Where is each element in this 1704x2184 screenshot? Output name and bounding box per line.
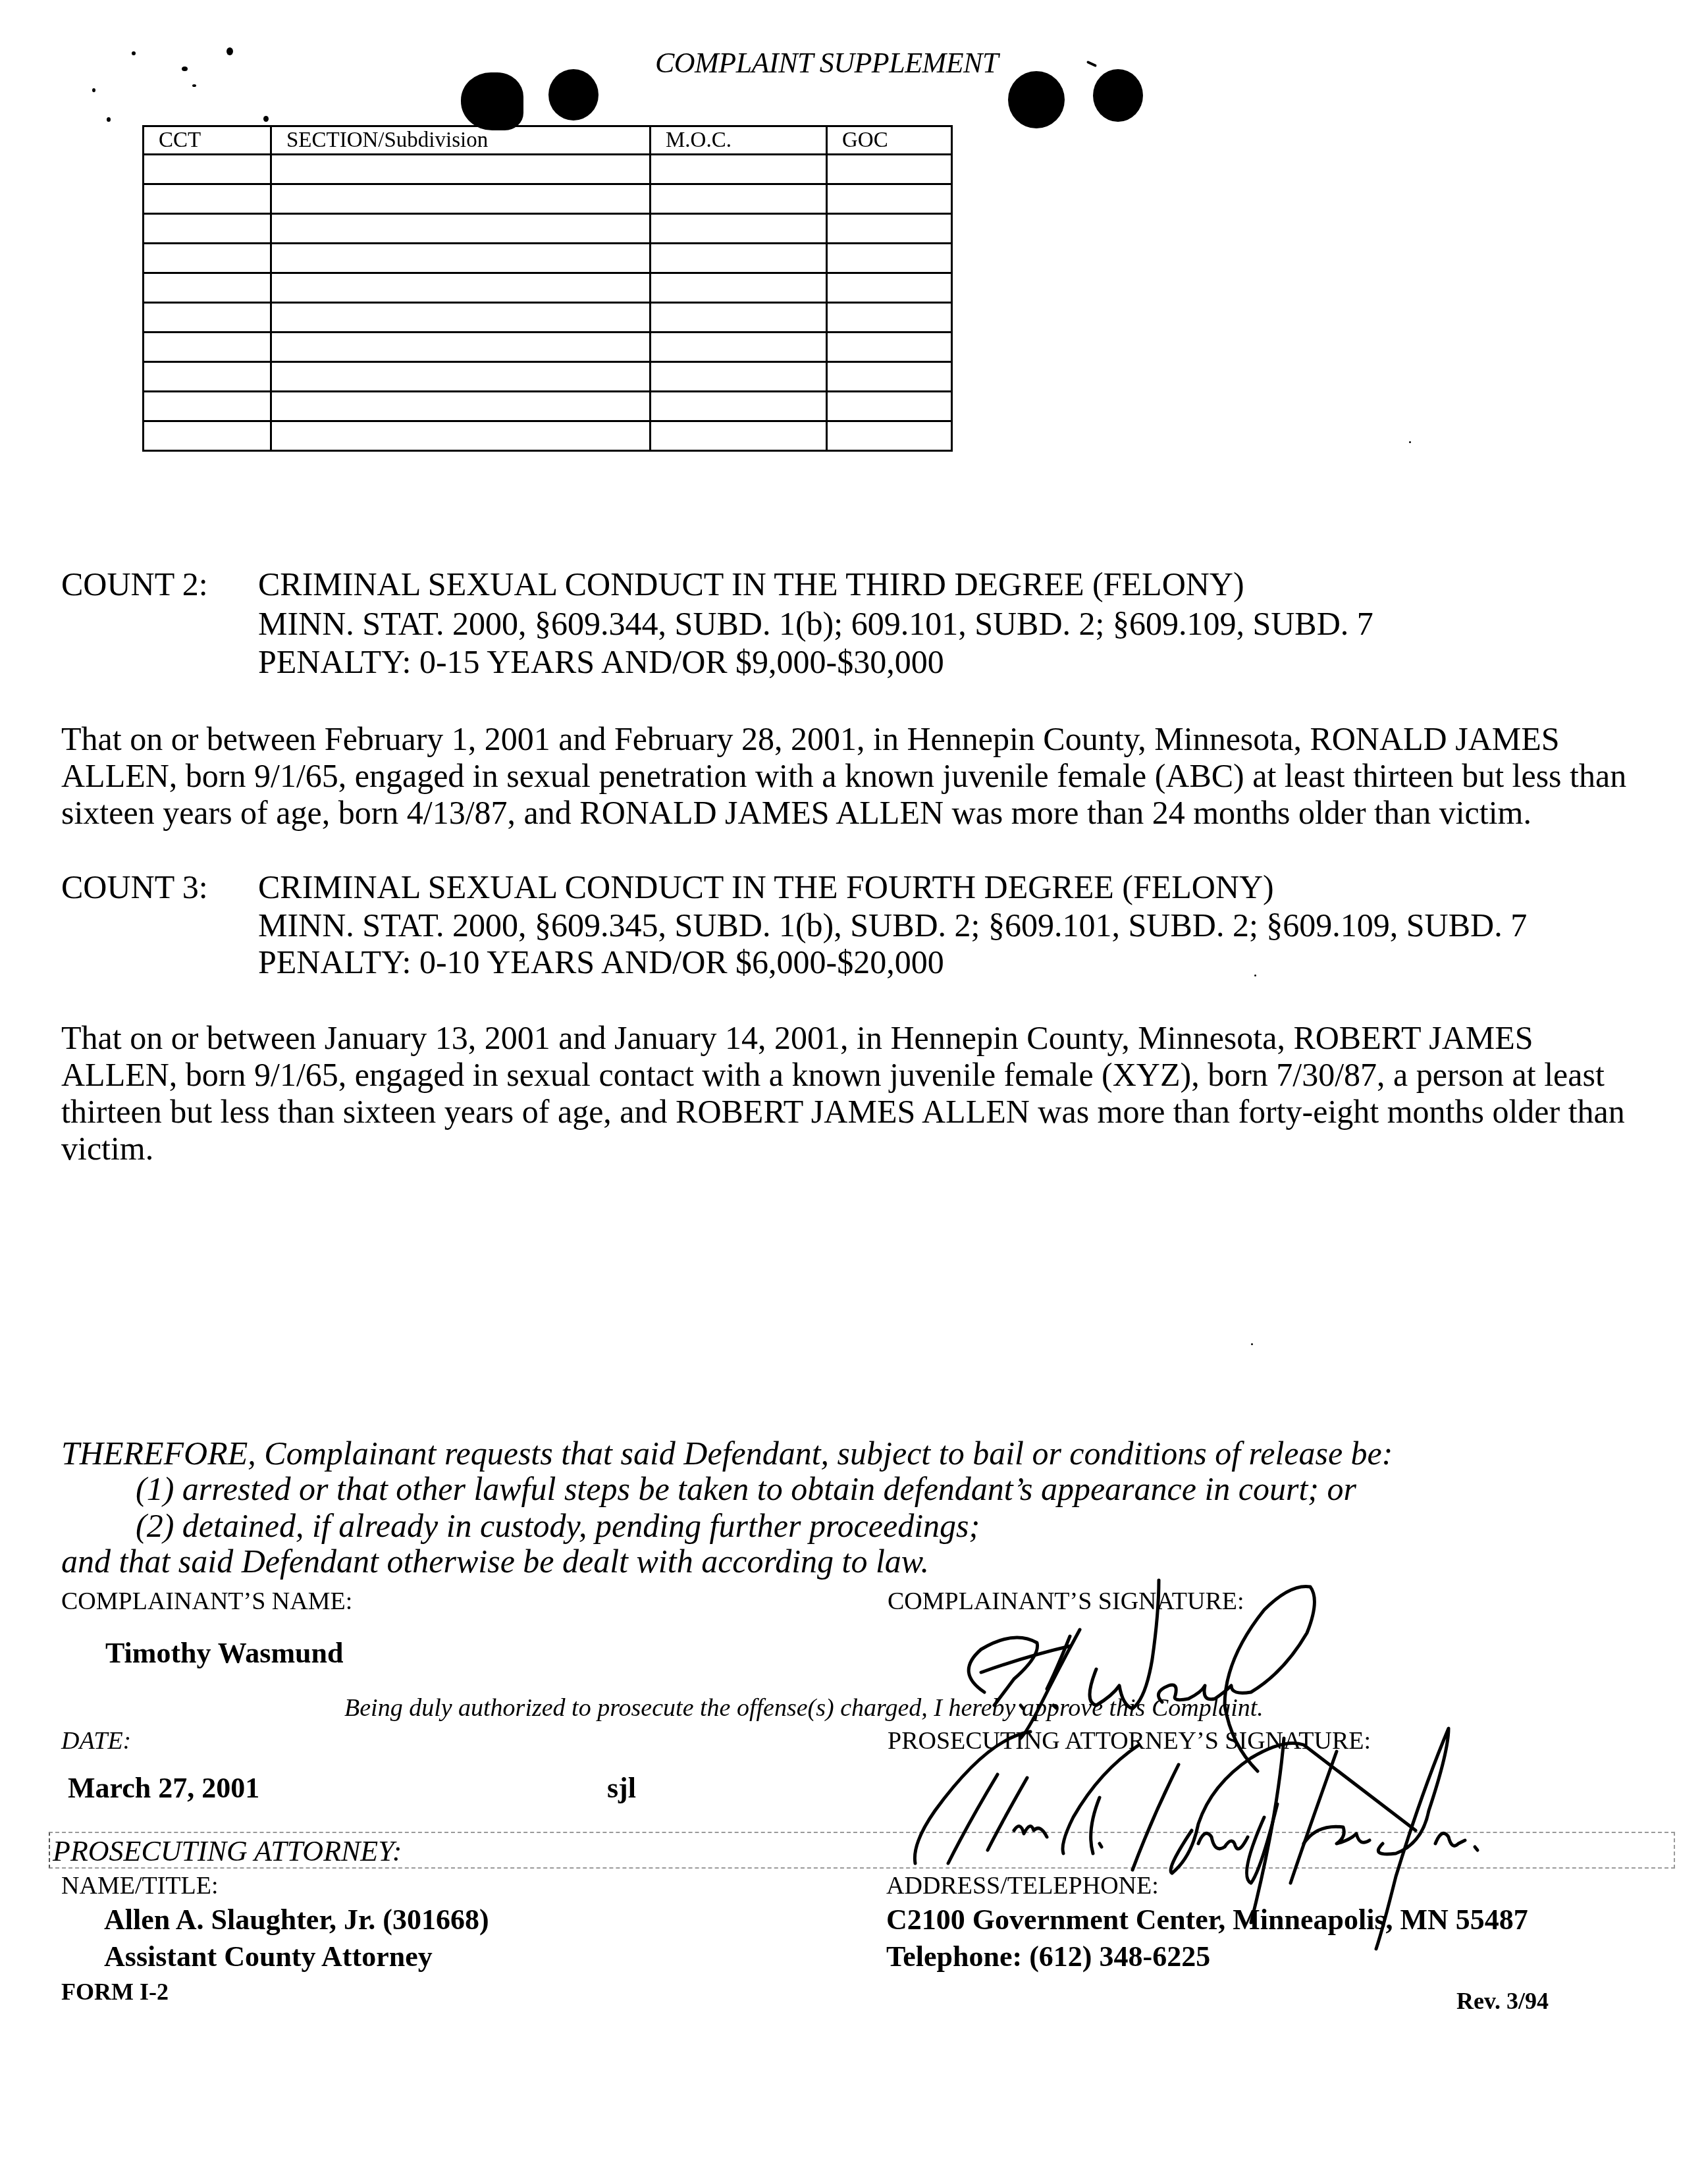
- column-header-goc: GOC: [827, 126, 952, 155]
- table-cell: [651, 333, 827, 362]
- table-cell: [271, 244, 651, 273]
- document-title: COMPLAINT SUPPLEMENT: [655, 46, 998, 80]
- complainant-name: Timothy Wasmund: [105, 1636, 344, 1670]
- scan-speck: [263, 116, 269, 122]
- table-row: [144, 244, 952, 273]
- count-3-statute: MINN. STAT. 2000, §609.345, SUBD. 1(b), …: [258, 906, 1527, 944]
- column-header-cct: CCT: [144, 126, 271, 155]
- charge-code-table: CCT SECTION/Subdivision M.O.C. GOC: [142, 125, 953, 452]
- table-cell: [271, 303, 651, 333]
- table-cell: [144, 333, 271, 362]
- prosecutor-telephone: Telephone: (612) 348-6225: [886, 1940, 1210, 1973]
- table-cell: [651, 155, 827, 184]
- table-cell: [827, 273, 952, 303]
- prosecuting-attorney-label: PROSECUTING ATTORNEY:: [53, 1834, 402, 1868]
- prosecutor-name: Allen A. Slaughter, Jr. (301668): [104, 1903, 489, 1936]
- punch-hole-mark: [548, 69, 599, 120]
- table-cell: [144, 273, 271, 303]
- table-cell: [271, 184, 651, 214]
- table-cell: [827, 155, 952, 184]
- scan-speck: [192, 84, 196, 87]
- table-cell: [271, 155, 651, 184]
- table-cell: [144, 244, 271, 273]
- table-row: [144, 184, 952, 214]
- table-cell: [827, 184, 952, 214]
- table-header-row: CCT SECTION/Subdivision M.O.C. GOC: [144, 126, 952, 155]
- therefore-item-1: (1) arrested or that other lawful steps …: [136, 1470, 1356, 1508]
- count-2-statute: MINN. STAT. 2000, §609.344, SUBD. 1(b); …: [258, 604, 1373, 643]
- scan-speck: [132, 51, 136, 55]
- table-cell: [651, 184, 827, 214]
- count-3-offense: CRIMINAL SEXUAL CONDUCT IN THE FOURTH DE…: [258, 868, 1274, 906]
- count-2-offense: CRIMINAL SEXUAL CONDUCT IN THE THIRD DEG…: [258, 565, 1244, 603]
- therefore-closing: and that said Defendant otherwise be dea…: [61, 1542, 929, 1580]
- count-3-label: COUNT 3:: [61, 868, 208, 906]
- table-cell: [827, 392, 952, 421]
- prosecutor-title: Assistant County Attorney: [104, 1940, 433, 1973]
- punch-hole-mark: [1008, 71, 1065, 128]
- table-cell: [144, 184, 271, 214]
- scan-speck: [92, 88, 95, 92]
- scan-speck: [1254, 974, 1256, 976]
- table-row: [144, 214, 952, 244]
- table-cell: [144, 155, 271, 184]
- table-cell: [271, 421, 651, 451]
- table-row: [144, 303, 952, 333]
- table-cell: [271, 273, 651, 303]
- table-cell: [651, 421, 827, 451]
- name-title-label: NAME/TITLE:: [61, 1871, 219, 1900]
- table-cell: [144, 214, 271, 244]
- table-cell: [271, 362, 651, 392]
- table-row: [144, 333, 952, 362]
- table-row: [144, 362, 952, 392]
- scan-speck: [1086, 61, 1097, 67]
- scan-speck: [182, 67, 188, 71]
- complainant-name-label: COMPLAINANT’S NAME:: [61, 1587, 352, 1616]
- table-cell: [144, 362, 271, 392]
- table-cell: [651, 392, 827, 421]
- count-2-label: COUNT 2:: [61, 565, 208, 603]
- table-cell: [651, 362, 827, 392]
- table-cell: [827, 303, 952, 333]
- date-value: March 27, 2001: [68, 1771, 259, 1805]
- typist-initials: sjl: [607, 1771, 636, 1805]
- punch-hole-mark: [1093, 69, 1143, 122]
- table-cell: [144, 421, 271, 451]
- table-cell: [271, 392, 651, 421]
- table-cell: [271, 333, 651, 362]
- scan-speck: [1409, 441, 1411, 443]
- table-cell: [651, 303, 827, 333]
- table-row: [144, 155, 952, 184]
- scan-speck: [226, 47, 233, 55]
- column-header-section: SECTION/Subdivision: [271, 126, 651, 155]
- count-3-penalty: PENALTY: 0-10 YEARS AND/OR $6,000-$20,00…: [258, 943, 944, 981]
- table-row: [144, 273, 952, 303]
- address-telephone-label: ADDRESS/TELEPHONE:: [886, 1871, 1159, 1900]
- punch-hole-mark: [461, 72, 523, 130]
- count-2-penalty: PENALTY: 0-15 YEARS AND/OR $9,000-$30,00…: [258, 643, 944, 681]
- therefore-intro: THEREFORE, Complainant requests that sai…: [61, 1434, 1393, 1472]
- scan-speck: [1251, 1343, 1253, 1345]
- table-cell: [651, 273, 827, 303]
- date-label: DATE:: [61, 1726, 131, 1755]
- table-cell: [651, 214, 827, 244]
- table-cell: [827, 362, 952, 392]
- count-2-narrative: That on or between February 1, 2001 and …: [61, 720, 1655, 831]
- form-number: FORM I-2: [61, 1978, 169, 2006]
- prosecutor-address: C2100 Government Center, Minneapolis, MN…: [886, 1903, 1528, 1936]
- scan-speck: [107, 117, 111, 122]
- table-cell: [651, 244, 827, 273]
- table-cell: [827, 214, 952, 244]
- table-cell: [827, 421, 952, 451]
- table-row: [144, 392, 952, 421]
- form-revision: Rev. 3/94: [1456, 1987, 1549, 2015]
- table-cell: [827, 244, 952, 273]
- table-row: [144, 421, 952, 451]
- table-cell: [271, 214, 651, 244]
- count-3-narrative: That on or between January 13, 2001 and …: [61, 1019, 1655, 1167]
- table-cell: [827, 333, 952, 362]
- table-cell: [144, 392, 271, 421]
- table-cell: [144, 303, 271, 333]
- column-header-moc: M.O.C.: [651, 126, 827, 155]
- therefore-item-2: (2) detained, if already in custody, pen…: [136, 1506, 980, 1545]
